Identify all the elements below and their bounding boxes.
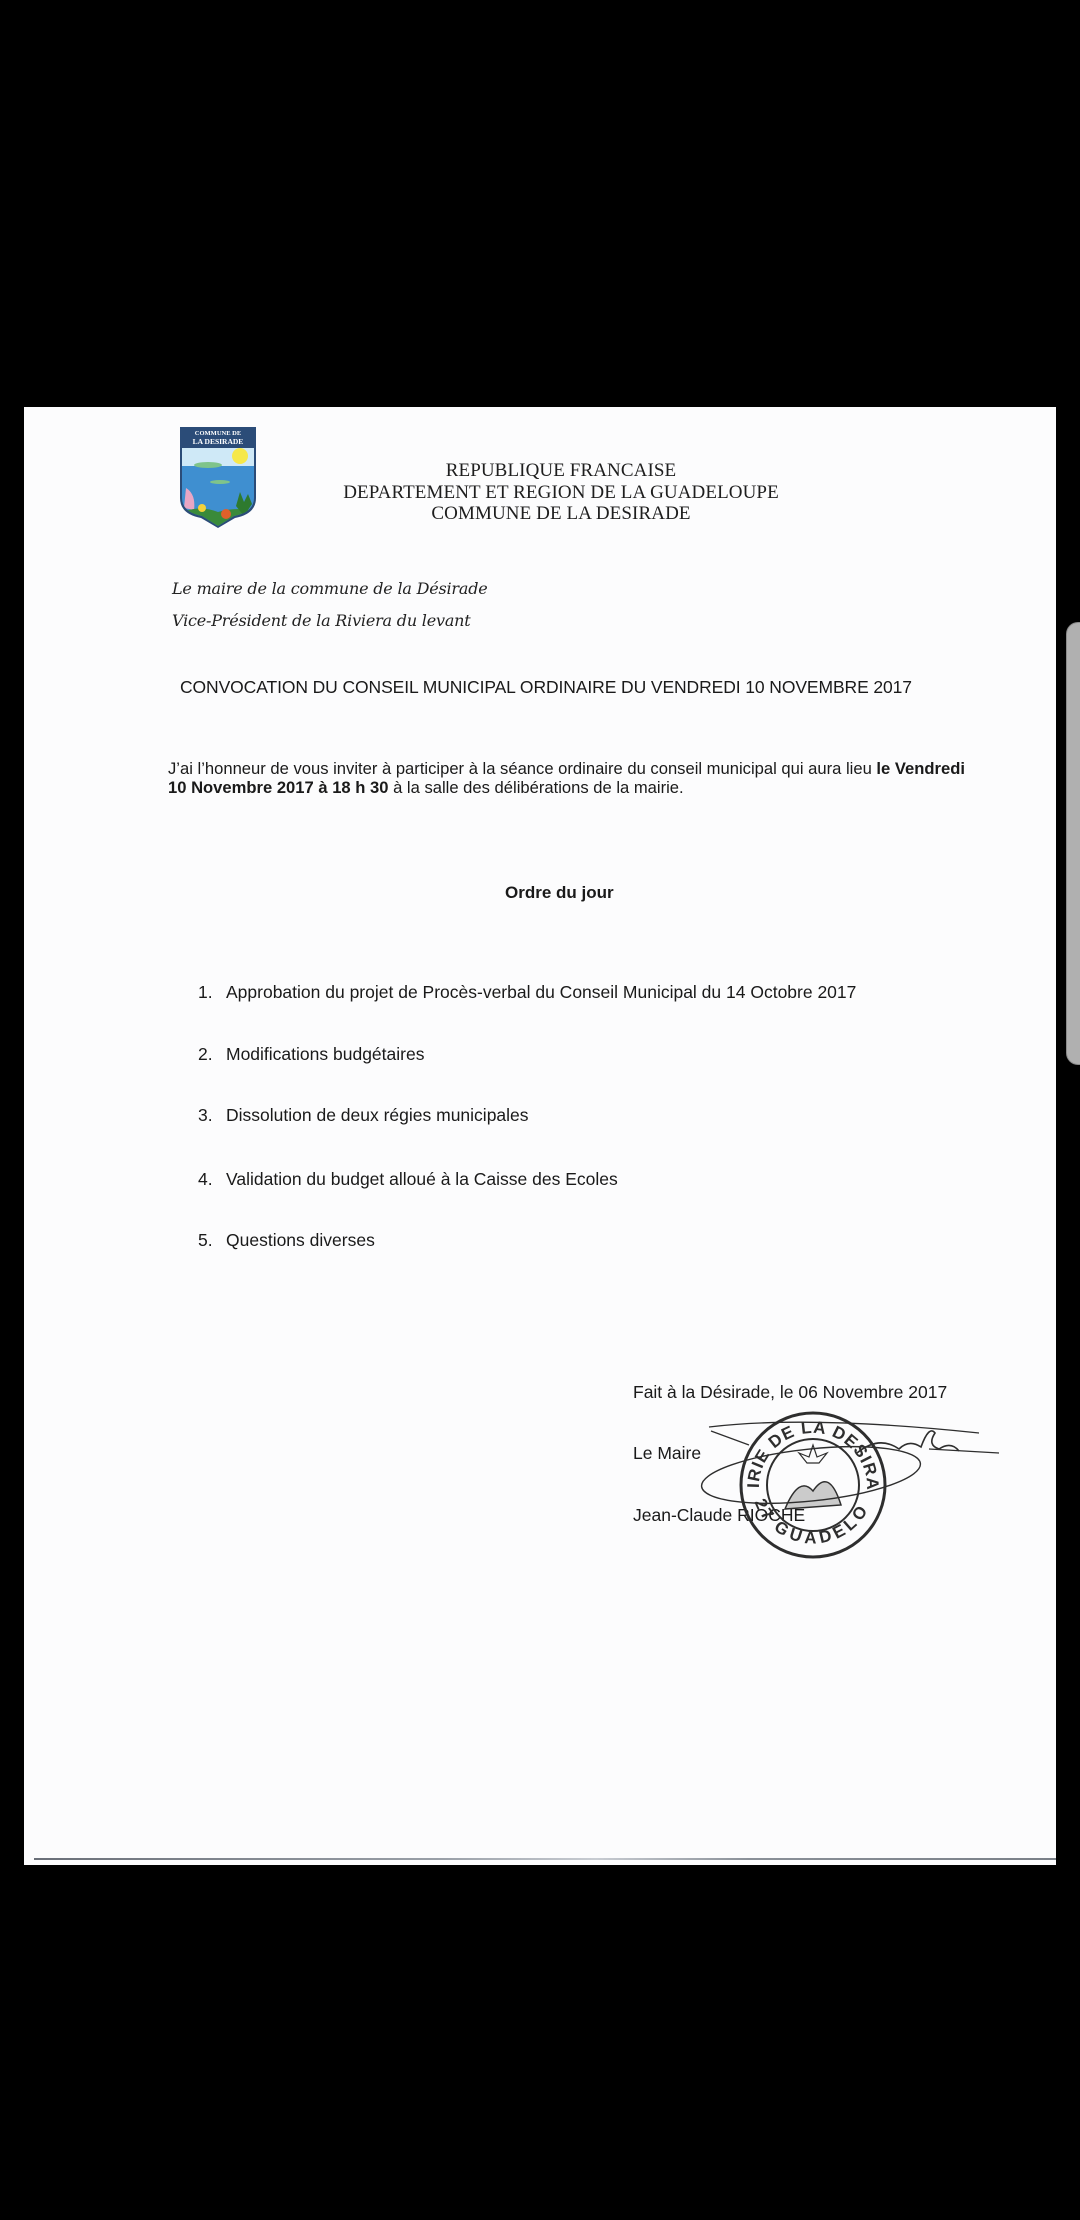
sender-line-2: Vice-Président de la Riviera du levant	[172, 611, 471, 630]
agenda-item-text: Approbation du projet de Procès-verbal d…	[226, 982, 856, 1003]
letterhead-line-2: DEPARTEMENT ET REGION DE LA GUADELOUPE	[254, 482, 868, 504]
page-bottom-edge	[34, 1858, 1056, 1860]
fast-scroll-handle[interactable]	[1066, 622, 1080, 1065]
sender-line-1: Le maire de la commune de la Désirade	[172, 579, 488, 598]
document-viewer[interactable]: COMMUNE DE LA DESIRADE REPUBLIQUE FRANCA…	[0, 0, 1080, 2220]
agenda-item-number: 4.	[198, 1169, 213, 1190]
agenda-item-number: 2.	[198, 1044, 213, 1065]
logo-line2: LA DESIRADE	[193, 437, 244, 446]
official-stamp: MAIRIE DE LA DESIRADE 97127 GUADELOUPE	[689, 1405, 989, 1575]
logo-line1: COMMUNE DE	[195, 430, 241, 437]
agenda-heading: Ordre du jour	[505, 883, 614, 903]
invitation-text-2: à la salle des délibérations de la mairi…	[388, 778, 683, 797]
document-page: COMMUNE DE LA DESIRADE REPUBLIQUE FRANCA…	[24, 407, 1056, 1865]
agenda-item-text: Questions diverses	[226, 1230, 375, 1251]
place-and-date: Fait à la Désirade, le 06 Novembre 2017	[633, 1382, 947, 1403]
agenda-item-text: Dissolution de deux régies municipales	[226, 1105, 529, 1126]
invitation-text-1: J’ai l’honneur de vous inviter à partici…	[168, 759, 876, 778]
agenda-item-text: Modifications budgétaires	[226, 1044, 424, 1065]
document-title: CONVOCATION DU CONSEIL MUNICIPAL ORDINAI…	[180, 677, 912, 698]
letterhead: REPUBLIQUE FRANCAISE DEPARTEMENT ET REGI…	[254, 460, 868, 525]
letterhead-line-1: REPUBLIQUE FRANCAISE	[254, 460, 868, 482]
agenda-item-number: 5.	[198, 1230, 213, 1251]
agenda-item-number: 1.	[198, 982, 213, 1003]
letterhead-line-3: COMMUNE DE LA DESIRADE	[254, 503, 868, 525]
agenda-item-number: 3.	[198, 1105, 213, 1126]
stamp-top-text: MAIRIE DE LA DESIRADE	[681, 1390, 882, 1491]
svg-text:MAIRIE DE LA DESIRADE: MAIRIE DE LA DESIRADE	[681, 1390, 882, 1491]
commune-coat-of-arms-icon: COMMUNE DE LA DESIRADE	[178, 426, 258, 528]
agenda-item-text: Validation du budget alloué à la Caisse …	[226, 1169, 618, 1190]
invitation-paragraph: J’ai l’honneur de vous inviter à partici…	[168, 759, 983, 797]
